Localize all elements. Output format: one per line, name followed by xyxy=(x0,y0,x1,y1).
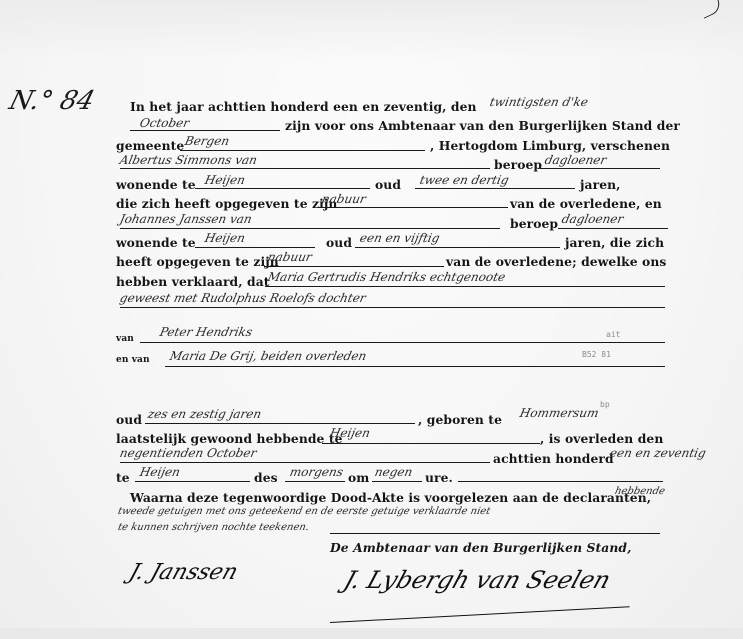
fill-rule xyxy=(285,481,345,482)
fill-rule xyxy=(265,286,665,287)
hand-declarant1-relation: nabuur xyxy=(321,192,368,206)
printed-en-van-label: en van xyxy=(116,355,150,365)
hand-date-day: twintigsten d'ke xyxy=(489,95,590,109)
fill-rule xyxy=(458,481,663,482)
record-number: N.° 84 xyxy=(6,86,98,116)
fill-rule xyxy=(195,188,370,189)
printed-jaren-label: jaren, xyxy=(580,177,621,192)
printed-om-label: om xyxy=(348,470,369,485)
fill-rule xyxy=(180,150,425,151)
fill-rule xyxy=(130,130,280,131)
printed-oud-label: oud xyxy=(375,177,401,192)
hand-death-place: Heijen xyxy=(139,465,182,479)
signature-declarant: J. Janssen xyxy=(126,560,241,585)
fill-rule xyxy=(120,307,665,308)
fill-rule xyxy=(145,423,415,424)
fill-rule xyxy=(322,443,540,444)
scan-edge xyxy=(0,628,743,639)
fill-rule xyxy=(318,207,508,208)
printed-line-17: achttien honderd xyxy=(493,451,614,466)
fill-rule xyxy=(540,168,660,169)
hand-father: Peter Hendriks xyxy=(159,325,254,339)
hand-time-of-day: morgens xyxy=(289,465,345,479)
hand-declarant2-relation: nabuur xyxy=(267,250,314,264)
printed-van-label: van xyxy=(116,334,134,344)
fill-rule xyxy=(355,247,560,248)
hand-mother: Maria De Grij, beiden overleden xyxy=(169,349,368,363)
signature-official: J. Lybergh van Seelen xyxy=(340,566,614,594)
hand-gemeente: Bergen xyxy=(184,134,231,148)
hand-deceased-age: zes en zestig jaren xyxy=(147,407,263,421)
printed-line-9a: heeft opgegeven te zijn xyxy=(116,254,279,269)
signature-flourish xyxy=(330,606,630,623)
printed-oud-label-2: oud xyxy=(326,235,352,250)
hand-declarant2-age: een en vijftig xyxy=(359,231,441,245)
fill-rule xyxy=(120,168,490,169)
hand-note-3: te kunnen schrijven nochte teekenen. xyxy=(117,522,310,533)
printed-line-19: Waarna deze tegenwoordige Dood-Akte is v… xyxy=(130,490,651,505)
fill-rule xyxy=(135,481,250,482)
fill-rule xyxy=(558,228,668,229)
printed-te-label: te xyxy=(116,470,130,485)
printed-wonende-label-2: wonende te xyxy=(116,235,196,250)
scan-shadow xyxy=(0,0,743,60)
printed-wonende-label: wonende te xyxy=(116,177,196,192)
printed-line-16a: laatstelijk gewoond hebbende te xyxy=(116,431,343,446)
printed-beroep-label: beroep xyxy=(494,157,542,172)
hand-deceased-line2: geweest met Rudolphus Roelofs dochter xyxy=(119,291,368,305)
printed-des-label: des xyxy=(254,470,278,485)
printed-line-2: zijn voor ons Ambtenaar van den Burgerli… xyxy=(285,118,680,133)
hand-death-year: een en zeventig xyxy=(609,446,708,460)
faint-stamp: B52 81 xyxy=(582,350,611,359)
fill-rule xyxy=(165,366,665,367)
scanned-document-page: N.° 84 In het jaar achttien honderd een … xyxy=(0,0,743,639)
hand-declarant1-name: Albertus Simmons van xyxy=(119,153,259,167)
printed-ure-label: ure. xyxy=(425,470,453,485)
hand-last-residence: Heijen xyxy=(329,426,372,440)
hand-declarant1-age: twee en dertig xyxy=(419,173,511,187)
hand-note-2: tweede getuigen met ons geteekend en de … xyxy=(117,506,491,517)
faint-stamp: ait xyxy=(606,330,620,339)
hand-declarant2-name: Johannes Janssen van xyxy=(119,212,254,226)
fill-rule xyxy=(330,533,660,534)
hand-declarant2-occupation: dagloener xyxy=(561,212,625,226)
printed-line-10: hebben verklaard, dat xyxy=(116,274,270,289)
printed-line-9b: van de overledene; dewelke ons xyxy=(446,254,666,269)
fill-rule xyxy=(120,228,500,229)
printed-geboren-label: , geboren te xyxy=(418,412,502,427)
printed-line-16b: , is overleden den xyxy=(540,431,663,446)
fill-rule xyxy=(264,266,444,267)
printed-line-6b: van de overledene, en xyxy=(510,196,662,211)
hand-date-month: October xyxy=(139,116,191,130)
hand-deceased-line1: Maria Gertrudis Hendriks echtgenoote xyxy=(267,270,507,284)
hand-death-date: negentienden October xyxy=(119,446,258,460)
fill-rule xyxy=(372,481,422,482)
printed-line-3b: , Hertogdom Limburg, verschenen xyxy=(430,138,670,153)
hand-note-1: hebbende xyxy=(614,486,666,497)
printed-beroep-label-2: beroep xyxy=(510,216,558,231)
printed-line-6a: die zich heeft opgegeven te zijn xyxy=(116,196,337,211)
hand-birthplace: Hommersum xyxy=(519,406,601,420)
hand-declarant1-occupation: dagloener xyxy=(544,153,608,167)
faint-stamp: bp xyxy=(600,400,610,409)
printed-line-8c: jaren, die zich xyxy=(565,235,664,250)
fill-rule xyxy=(195,247,315,248)
fill-rule xyxy=(415,188,575,189)
fill-rule xyxy=(140,342,665,343)
printed-line-1: In het jaar achttien honderd een en zeve… xyxy=(130,99,477,114)
hand-declarant2-residence: Heijen xyxy=(204,231,247,245)
printed-official-title: De Ambtenaar van den Burgerlijken Stand, xyxy=(330,540,631,555)
hand-hour: negen xyxy=(374,465,414,479)
fill-rule xyxy=(120,462,490,463)
printed-oud-label-3: oud xyxy=(116,412,142,427)
printed-gemeente-label: gemeente xyxy=(116,138,184,153)
hand-declarant1-residence: Heijen xyxy=(204,173,247,187)
